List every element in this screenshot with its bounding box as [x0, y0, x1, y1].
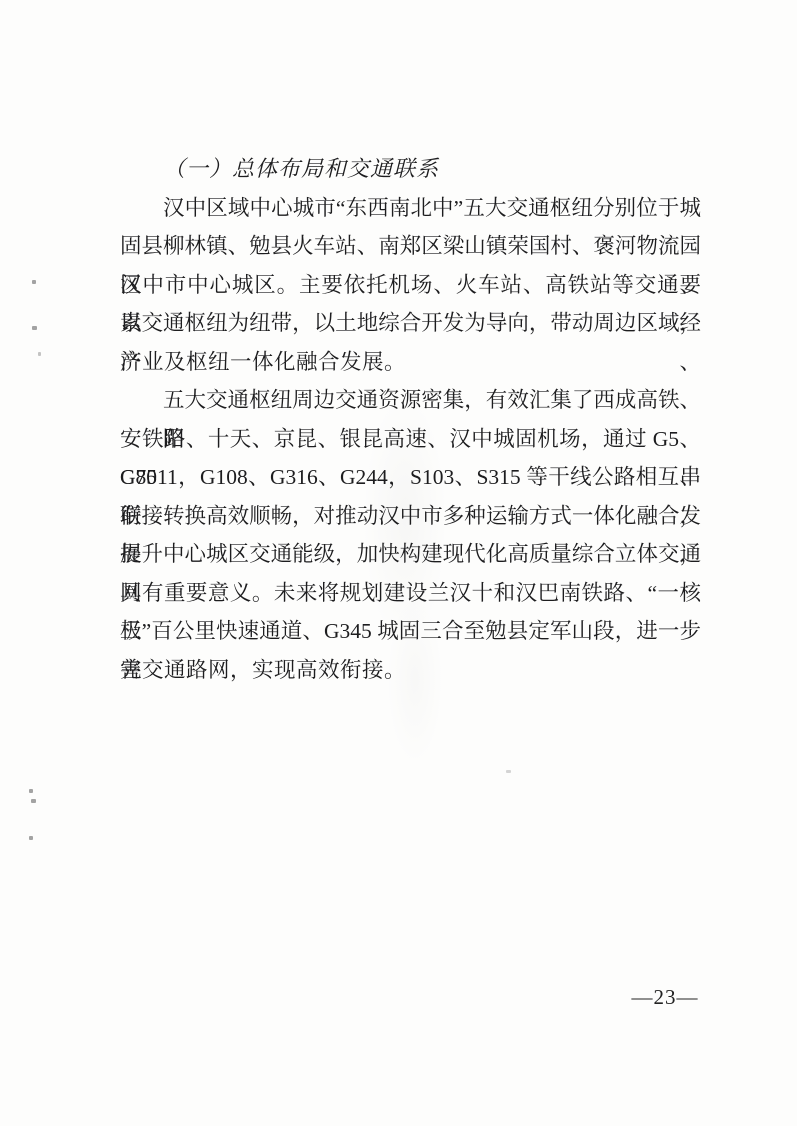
text-line: 以交通枢纽为纽带，以土地综合开发为导向，带动周边区域经济、 [120, 304, 701, 343]
scan-speck [29, 789, 33, 793]
text-line: 善交通路网，实现高效衔接。 [120, 651, 701, 690]
text-line: 衔接转换高效顺畅，对推动汉中市多种运输方式一体化融合发展， [120, 497, 701, 536]
paragraph-2: 五大交通枢纽周边交通资源密集，有效汇集了西成高铁、阳 安铁路、十天、京昆、银昆高… [120, 381, 701, 689]
text-line: 汉中市中心城区。主要依托机场、火车站、高铁站等交通要素， [120, 266, 701, 305]
scan-speck [32, 280, 36, 284]
scan-speck [38, 352, 41, 356]
scan-speck [29, 836, 33, 840]
text-line: 具有重要意义。未来将规划建设兰汉十和汉巴南铁路、“一核三 [120, 574, 701, 613]
section-heading: （一）总体布局和交通联系 [120, 150, 701, 189]
text-line: 极”百公里快速通道、G345 城固三合至勉县定军山段，进一步完 [120, 612, 701, 651]
scan-speck [32, 326, 37, 330]
scan-speck [31, 799, 36, 803]
document-page: （一）总体布局和交通联系 汉中区域中心城市“东西南北中”五大交通枢纽分别位于城 … [0, 0, 797, 1126]
text-block: （一）总体布局和交通联系 汉中区域中心城市“东西南北中”五大交通枢纽分别位于城 … [120, 150, 701, 689]
text-line: 汉中区域中心城市“东西南北中”五大交通枢纽分别位于城 [120, 189, 701, 228]
text-line: 提升中心城区交通能级，加快构建现代化高质量综合立体交通网 [120, 535, 701, 574]
text-line: 固县柳林镇、勉县火车站、南郑区梁山镇荣国村、褒河物流园区、 [120, 227, 701, 266]
text-line: 五大交通枢纽周边交通资源密集，有效汇集了西成高铁、阳 [120, 381, 701, 420]
paragraph-1: 汉中区域中心城市“东西南北中”五大交通枢纽分别位于城 固县柳林镇、勉县火车站、南… [120, 189, 701, 382]
text-line: 安铁路、十天、京昆、银昆高速、汉中城固机场，通过 G5、G85、 [120, 420, 701, 459]
scan-speck [506, 770, 511, 773]
text-line: G7011，G108、G316、G244，S103、S315 等干线公路相互串联… [120, 458, 701, 497]
page-number: —23— [620, 985, 710, 1010]
